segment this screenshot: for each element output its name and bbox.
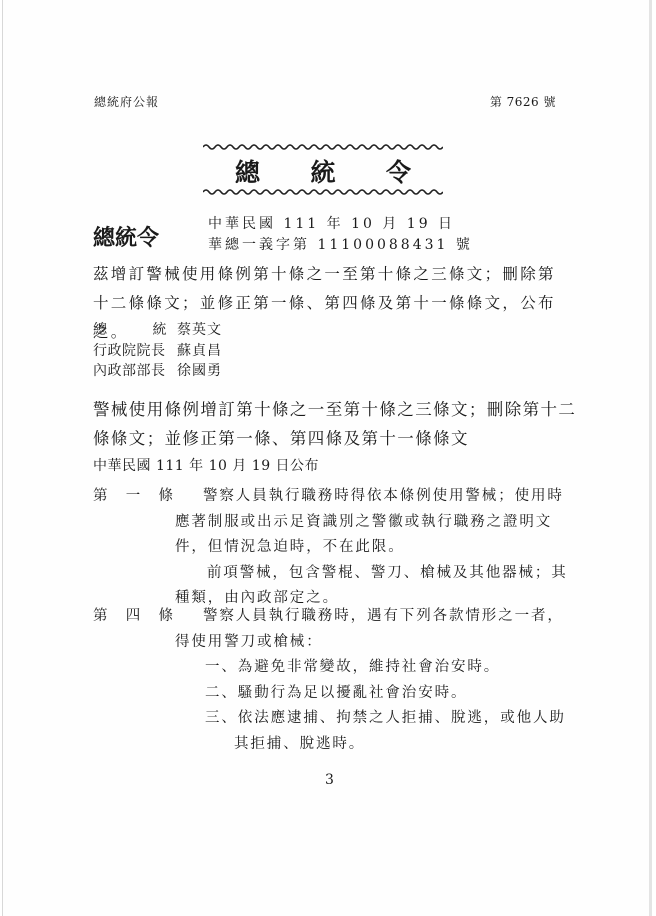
signature-row: 內政部部長 徐國勇 — [93, 361, 222, 382]
signature-title: 內政部部長 — [93, 361, 177, 382]
publication-name: 總統府公報 — [94, 93, 159, 110]
signature-row: 總 統 蔡英文 — [93, 320, 222, 341]
article-item: 三、依法應逮捕、拘禁之人拒捕、脫逃，或他人助其拒捕、脫逃時。 — [205, 706, 578, 757]
signature-title: 總 統 — [93, 320, 177, 341]
article-label-char: 第 — [93, 484, 108, 510]
order-label: 總統令 — [93, 221, 159, 252]
document-page: 總統府公報 第 7626 號 總 統 令 總統令 中華民國 111 年 10 月… — [2, 0, 652, 916]
signature-title-char: 統 — [153, 320, 168, 341]
article-item: 一、為避免非常變故，維持社會治安時。 — [205, 655, 578, 681]
signature-block: 總 統 蔡英文 行政院院長 蘇貞昌 內政部部長 徐國勇 — [93, 320, 222, 382]
signature-title-text: 行政院院長 — [93, 341, 166, 362]
title-char: 統 — [310, 153, 335, 189]
article-body: 警察人員執行職務時，遇有下列各款情形之一者，得使用警刀或槍械： 一、為避免非常變… — [175, 604, 578, 757]
article-label-char: 一 — [126, 484, 141, 510]
article-1: 第 一 條 警察人員執行職務時得依本條例使用警械；使用時應著制服或出示足資識別之… — [93, 484, 578, 612]
promulgation-date: 中華民國 111 年 10 月 19 日公布 — [93, 455, 319, 475]
signature-name: 蔡英文 — [177, 320, 222, 341]
signature-title: 行政院院長 — [93, 341, 177, 362]
issue-number: 第 7626 號 — [490, 93, 556, 110]
signature-name: 徐國勇 — [177, 361, 222, 382]
article-body: 警察人員執行職務時得依本條例使用警械；使用時應著制服或出示足資識別之警徽或執行職… — [175, 484, 578, 612]
article-paragraph: 警察人員執行職務時，遇有下列各款情形之一者，得使用警刀或槍械： — [175, 604, 578, 655]
article-item: 二、騷動行為足以擾亂社會治安時。 — [205, 681, 578, 707]
title-char: 令 — [386, 153, 411, 189]
order-doc-number: 華總一義字第 11100088431 號 — [208, 235, 473, 256]
signature-name: 蘇貞昌 — [177, 341, 222, 362]
signature-row: 行政院院長 蘇貞昌 — [93, 341, 222, 362]
article-paragraph: 警察人員執行職務時得依本條例使用警械；使用時應著制服或出示足資識別之警徽或執行職… — [175, 484, 578, 561]
article-label-char: 第 — [93, 604, 108, 630]
article-label-char: 條 — [159, 484, 174, 510]
law-title: 警械使用條例增訂第十條之一至第十條之三條文；刪除第十二條條文；並修正第一條、第四… — [93, 395, 578, 453]
article-label-char: 四 — [126, 604, 141, 630]
order-date: 中華民國 111 年 10 月 19 日 — [208, 214, 473, 235]
document-title: 總 統 令 — [203, 153, 443, 189]
signature-title-char: 總 — [93, 320, 108, 341]
wavy-divider-bottom — [203, 187, 443, 197]
article-items: 一、為避免非常變故，維持社會治安時。 二、騷動行為足以擾亂社會治安時。 三、依法… — [205, 655, 578, 757]
title-char: 總 — [235, 153, 260, 189]
order-meta: 中華民國 111 年 10 月 19 日 華總一義字第 11100088431 … — [208, 214, 473, 256]
page-number: 3 — [325, 772, 334, 788]
signature-title-text: 內政部部長 — [93, 361, 166, 382]
article-label: 第 一 條 — [93, 484, 173, 510]
wavy-divider-top — [203, 142, 443, 152]
article-label: 第 四 條 — [93, 604, 173, 630]
article-label-char: 條 — [159, 604, 174, 630]
article-4: 第 四 條 警察人員執行職務時，遇有下列各款情形之一者，得使用警刀或槍械： 一、… — [93, 604, 578, 757]
